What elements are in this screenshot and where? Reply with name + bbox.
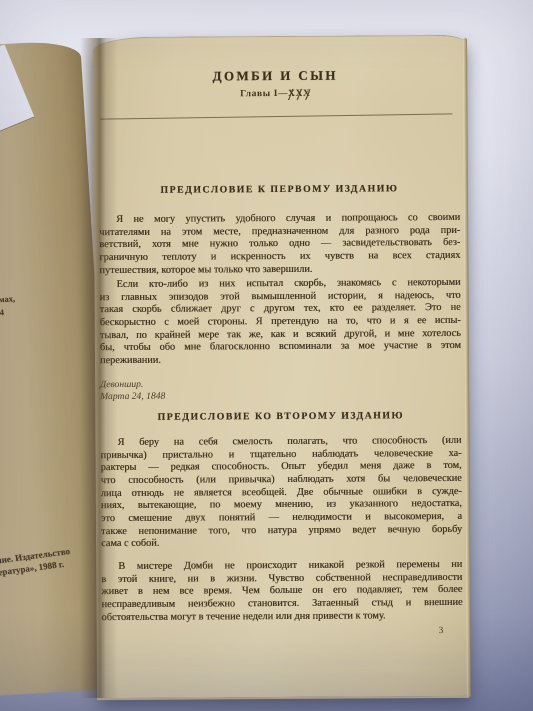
text-line: 34	[0, 305, 16, 319]
text-line: омах,	[0, 292, 15, 306]
left-page-text-fragment-top: омах,34	[0, 292, 16, 318]
left-page-top-edge	[0, 44, 35, 174]
text-line: граничную теплоту и искренность их чувст…	[99, 250, 460, 265]
signature-date: Марта 24, 1848	[100, 391, 165, 403]
page-number: 3	[439, 626, 444, 636]
preface-first-paragraph-2: Если кто-либо из них испытал скорбь, зна…	[99, 277, 461, 368]
book-title: ДОМБИ И СЫН	[93, 67, 457, 85]
author-signature: Девоншир. Марта 24, 1848	[100, 379, 165, 403]
text-line: несправедливым неизбежно становится. Зат…	[101, 597, 462, 612]
preface-first-heading: ПРЕДИСЛОВИЕ К ПЕРВОМУ ИЗДАНИЮ	[98, 183, 461, 196]
preface-second-paragraph-1: Я беру на себя смелость полагать, что сп…	[100, 435, 462, 551]
book-photo-scene: омах,34 ение. Издательствотература», 198…	[0, 0, 533, 711]
text-line: обстоятельства могут в течение недели ил…	[101, 610, 462, 625]
text-line: бы, чтобы обо мне благосклонно вспоминал…	[100, 340, 461, 355]
preface-second-paragraph-2: В мистере Домби не происходит никакой ре…	[101, 559, 462, 624]
text-line: переживании.	[100, 353, 461, 368]
text-line: также непонимание того, что натура упрям…	[101, 523, 462, 538]
text-line: сама с собой.	[101, 536, 462, 551]
chapters-subtitle: Главы I—ХХХ	[93, 88, 457, 100]
signature-place: Девоншир.	[100, 379, 165, 391]
preface-second-heading: ПРЕДИСЛОВИЕ КО ВТОРОМУ ИЗДАНИЮ	[99, 410, 462, 423]
preface-first-paragraph-1: Я не могу упустить удобного случая и поп…	[99, 212, 460, 277]
right-page: ДОМБИ И СЫН Главы I—ХХХ ПРЕДИСЛОВИЕ К ПЕ…	[93, 35, 469, 698]
text-line: путешествия, которое мы только что завер…	[99, 263, 460, 278]
title-rule	[100, 113, 452, 120]
pencil-strikethrough-marks	[287, 89, 310, 100]
